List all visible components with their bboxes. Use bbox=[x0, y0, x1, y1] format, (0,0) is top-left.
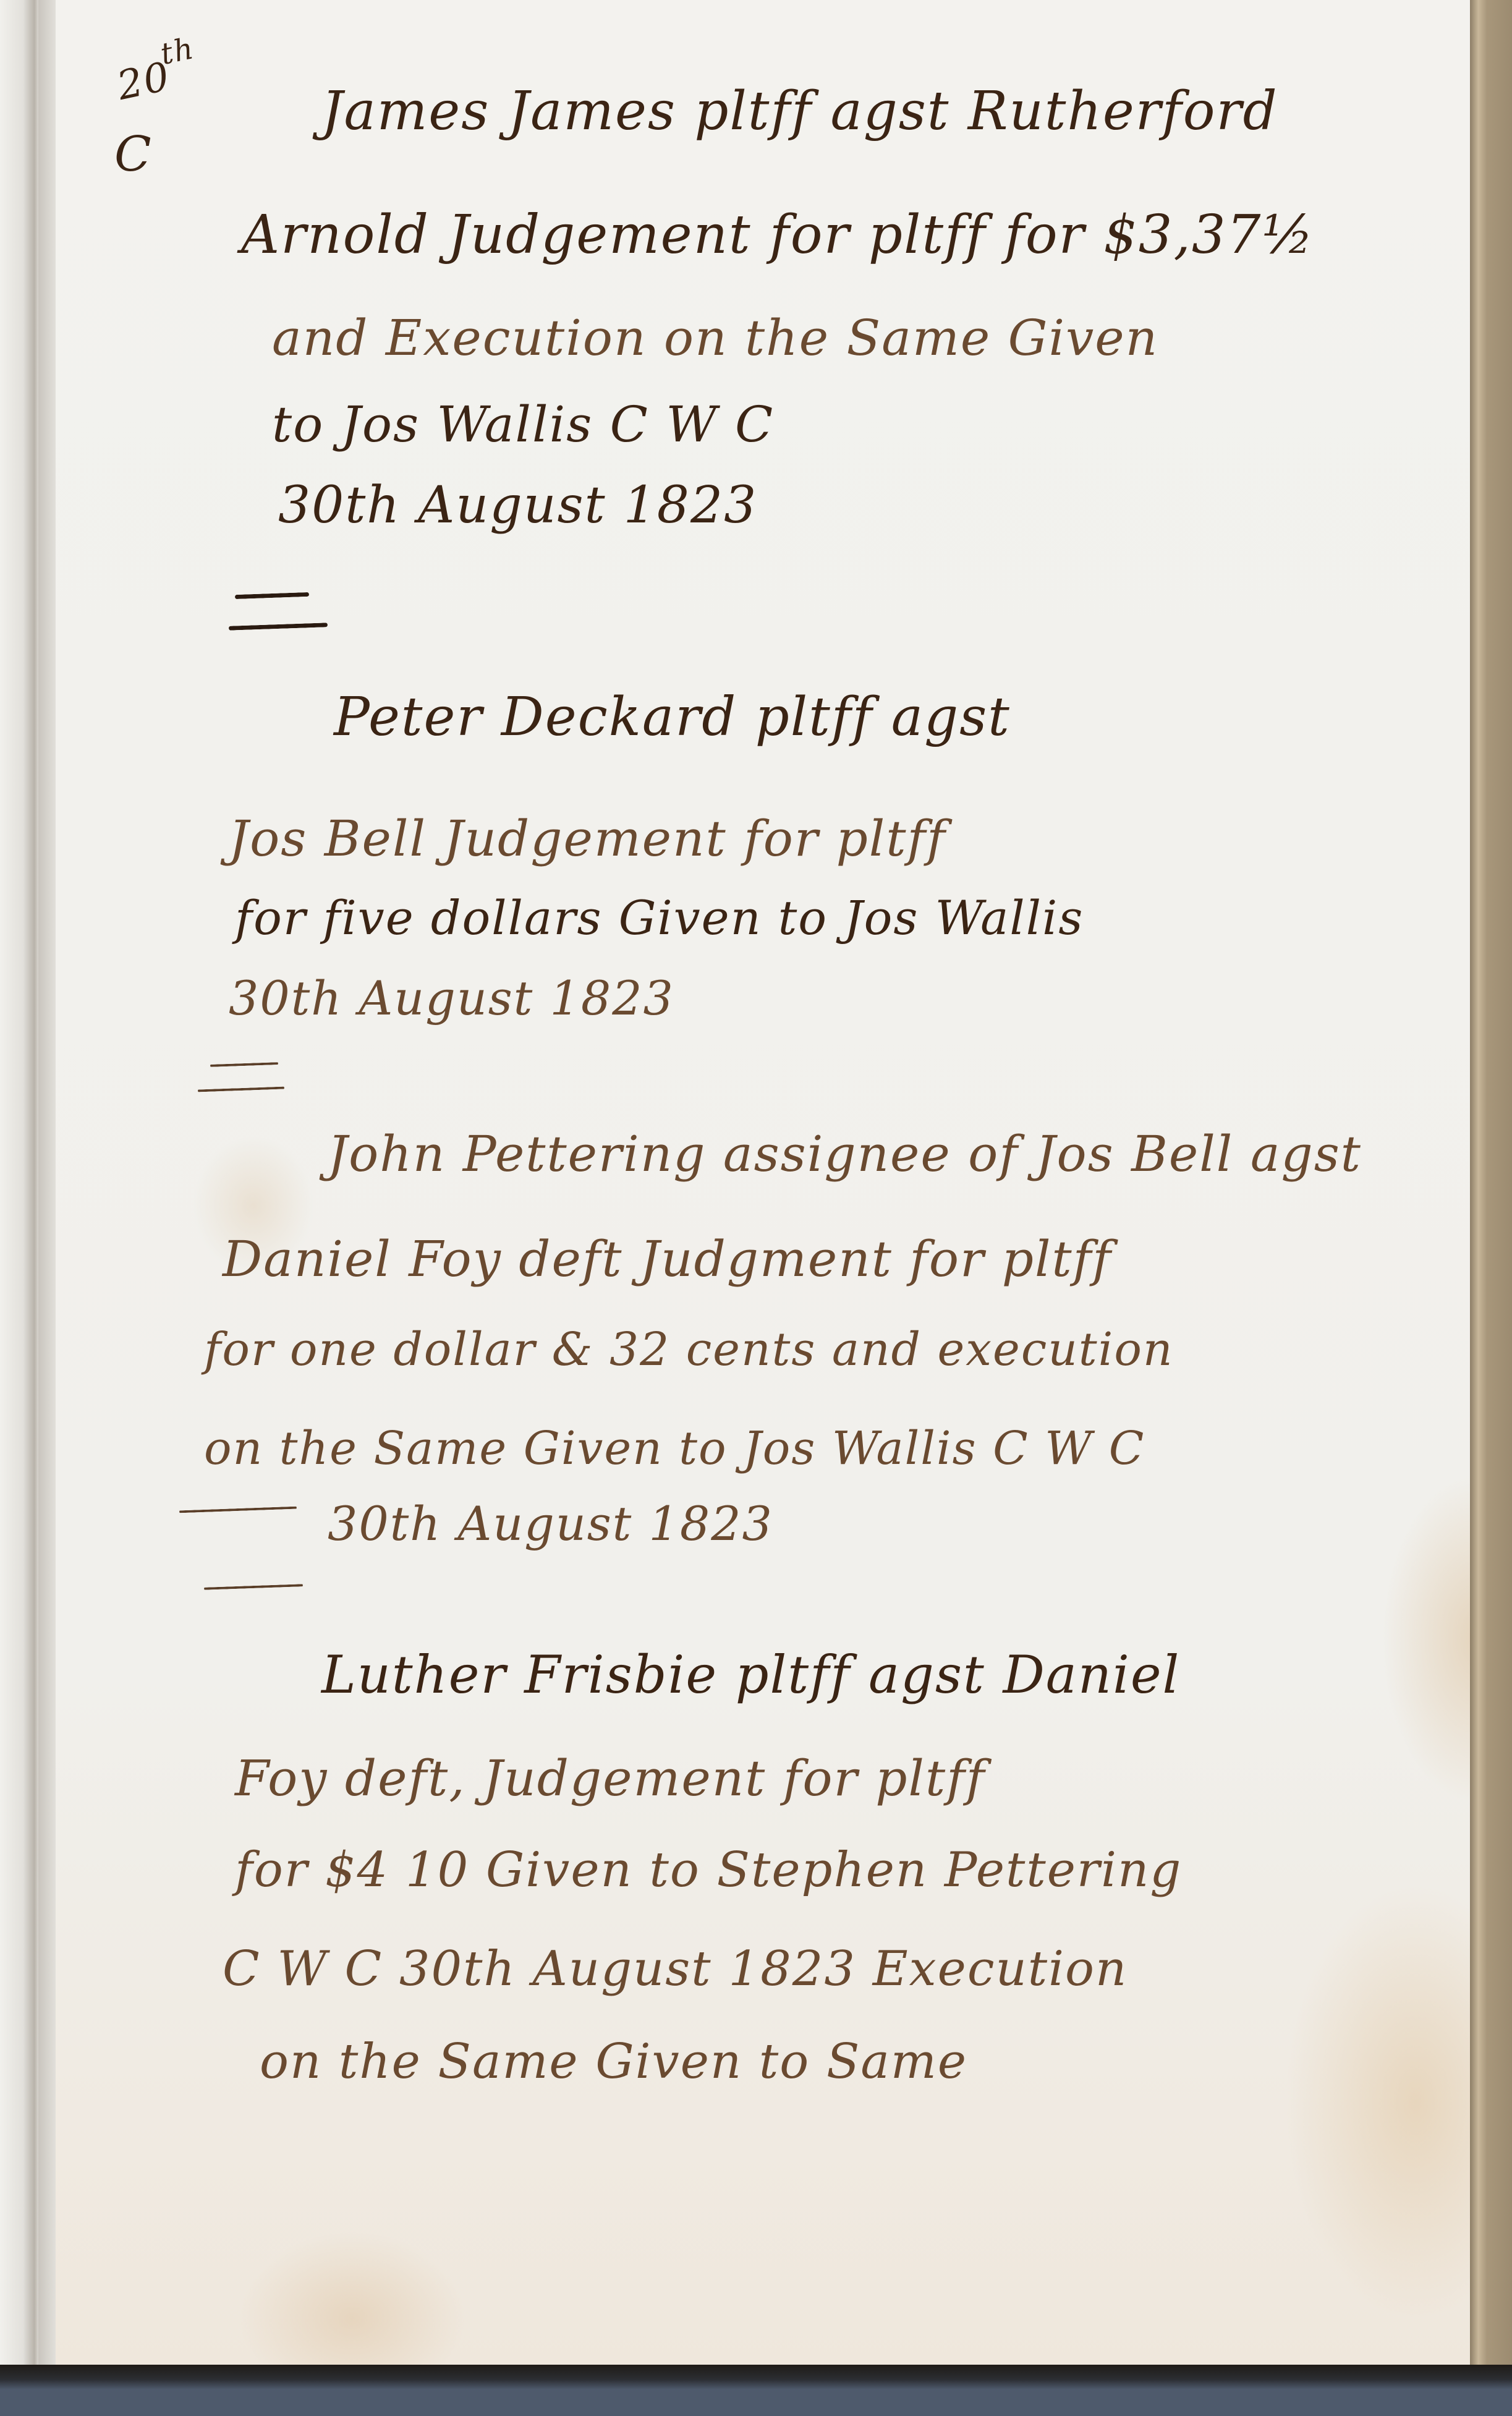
entry-line: Arnold Judgement for pltff for $3,37½ bbox=[241, 204, 1315, 266]
left-page-edge bbox=[0, 0, 38, 2374]
entry-date: 30th August 1823 bbox=[229, 971, 674, 1026]
book-bottom-shadow bbox=[0, 2365, 1512, 2389]
entry-line: John Pettering assignee of Jos Bell agst bbox=[328, 1125, 1362, 1183]
entry-date: 30th August 1823 bbox=[328, 1496, 773, 1551]
entry-line: James James pltff agst Rutherford bbox=[321, 80, 1278, 142]
entry-line: for one dollar & 32 cents and execution bbox=[204, 1323, 1174, 1376]
entry-date: 30th August 1823 bbox=[278, 476, 757, 535]
entry-line: C W C 30th August 1823 Execution bbox=[223, 1941, 1128, 1997]
entry-line: on the Same Given to Jos Wallis C W C bbox=[204, 1422, 1145, 1475]
entry-line: to Jos Wallis C W C bbox=[272, 396, 774, 453]
entry-line: for five dollars Given to Jos Wallis bbox=[235, 890, 1084, 945]
margin-date-suffix: th bbox=[158, 31, 198, 72]
entry-line: Jos Bell Judgement for pltff bbox=[229, 810, 946, 867]
entry-line: and Execution on the Same Given bbox=[272, 309, 1158, 367]
ledger-spread: 20 th C James James pltff agst Rutherfor… bbox=[0, 0, 1512, 2374]
entry-line: for $4 10 Given to Stephen Pettering bbox=[235, 1842, 1182, 1898]
entry-line: Daniel Foy deft Judgment for pltff bbox=[223, 1230, 1112, 1288]
entry-line: Foy deft, Judgement for pltff bbox=[235, 1750, 985, 1807]
margin-date-mark: C bbox=[114, 127, 153, 182]
entry-line: on the Same Given to Same bbox=[260, 2034, 967, 2090]
page-fore-edge bbox=[1470, 0, 1512, 2374]
entry-line: Luther Frisbie pltff agst Daniel bbox=[321, 1644, 1180, 1705]
entry-line: Peter Deckard pltff agst bbox=[334, 686, 1011, 748]
